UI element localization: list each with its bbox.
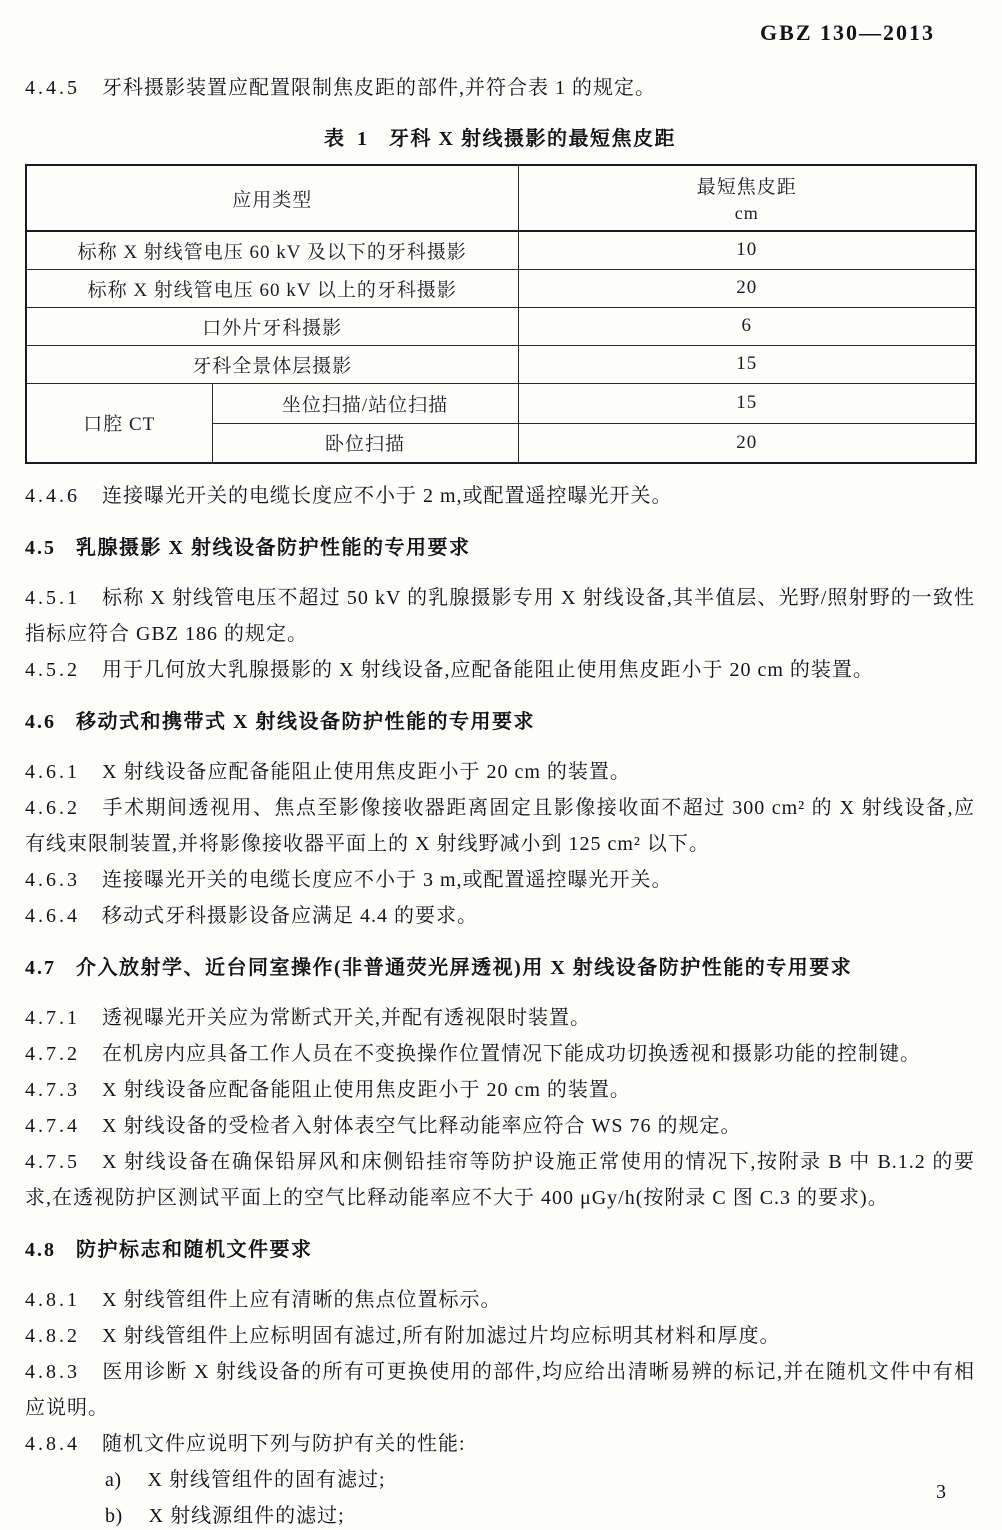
clause-4-8-4: 4.8.4随机文件应说明下列与防护有关的性能: — [25, 1426, 975, 1462]
clause-4-7-3: 4.7.3X 射线设备应配备能阻止使用焦皮距小于 20 cm 的装置。 — [25, 1072, 975, 1108]
clause-4-6-2: 4.6.2手术期间透视用、焦点至影像接收器距离固定且影像接收面不超过 300 c… — [25, 790, 975, 862]
clause-number: 4.7.5 — [25, 1144, 80, 1180]
table-cell-group-label: 口腔 CT — [26, 383, 212, 463]
clause-4-7-5: 4.7.5X 射线设备在确保铅屏风和床侧铅挂帘等防护设施正常使用的情况下,按附录… — [25, 1144, 975, 1216]
table-cell-application: 牙科全景体层摄影 — [26, 345, 518, 383]
clause-4-7-1: 4.7.1透视曝光开关应为常断式开关,并配有透视限时装置。 — [25, 1000, 975, 1036]
clause-4-6-4: 4.6.4移动式牙科摄影设备应满足 4.4 的要求。 — [25, 898, 975, 934]
table-header-min-distance-label: 最短焦皮距 — [523, 172, 972, 199]
clause-number: 4.7.2 — [25, 1036, 80, 1072]
section-heading-4-8: 4.8防护标志和随机文件要求 — [25, 1232, 975, 1268]
table-header-min-distance: 最短焦皮距 cm — [518, 165, 976, 231]
clause-4-5-2: 4.5.2用于几何放大乳腺摄影的 X 射线设备,应配备能阻止使用焦皮距小于 20… — [25, 652, 975, 688]
section-number: 4.8 — [25, 1232, 56, 1268]
clause-text: X 射线设备在确保铅屏风和床侧铅挂帘等防护设施正常使用的情况下,按附录 B 中 … — [25, 1151, 975, 1209]
clause-text: 用于几何放大乳腺摄影的 X 射线设备,应配备能阻止使用焦皮距小于 20 cm 的… — [102, 659, 874, 681]
clause-number: 4.4.6 — [25, 478, 80, 514]
clause-number: 4.7.1 — [25, 1000, 80, 1036]
clause-text: 手术期间透视用、焦点至影像接收器距离固定且影像接收面不超过 300 cm² 的 … — [25, 797, 975, 855]
clause-text: X 射线管组件上应标明固有滤过,所有附加滤过片均应标明其材料和厚度。 — [102, 1325, 780, 1347]
clause-text: 连接曝光开关的电缆长度应不小于 3 m,或配置遥控曝光开关。 — [102, 869, 673, 891]
table-cell-value: 20 — [518, 269, 976, 307]
table-cell-value: 15 — [518, 383, 976, 423]
clause-text: X 射线设备应配备能阻止使用焦皮距小于 20 cm 的装置。 — [102, 761, 631, 783]
table-cell-application: 卧位扫描 — [212, 423, 518, 463]
table-cell-value: 15 — [518, 345, 976, 383]
clause-4-6-1: 4.6.1X 射线设备应配备能阻止使用焦皮距小于 20 cm 的装置。 — [25, 754, 975, 790]
clause-number: 4.7.3 — [25, 1072, 80, 1108]
table-cell-value: 20 — [518, 423, 976, 463]
clause-text: 移动式牙科摄影设备应满足 4.4 的要求。 — [102, 905, 478, 927]
clause-number: 4.7.4 — [25, 1108, 80, 1144]
list-item-a: a)X 射线管组件的固有滤过; — [25, 1462, 975, 1498]
table-header-application-type: 应用类型 — [26, 165, 518, 231]
clause-number: 4.5.1 — [25, 580, 80, 616]
section-heading-4-5: 4.5乳腺摄影 X 射线设备防护性能的专用要求 — [25, 530, 975, 566]
clause-text: X 射线设备应配备能阻止使用焦皮距小于 20 cm 的装置。 — [102, 1079, 631, 1101]
table-caption: 表 1牙科 X 射线摄影的最短焦皮距 — [25, 122, 975, 151]
table-caption-text: 牙科 X 射线摄影的最短焦皮距 — [389, 128, 676, 150]
table-row: 标称 X 射线管电压 60 kV 以上的牙科摄影 20 — [26, 269, 976, 307]
section-title: 乳腺摄影 X 射线设备防护性能的专用要求 — [76, 537, 470, 559]
table-row: 口外片牙科摄影 6 — [26, 307, 976, 345]
clause-text: 医用诊断 X 射线设备的所有可更换使用的部件,均应给出清晰易辨的标记,并在随机文… — [25, 1361, 975, 1419]
document-number: GBZ 130—2013 — [25, 20, 975, 46]
clause-4-8-2: 4.8.2X 射线管组件上应标明固有滤过,所有附加滤过片均应标明其材料和厚度。 — [25, 1318, 975, 1354]
clause-4-6-3: 4.6.3连接曝光开关的电缆长度应不小于 3 m,或配置遥控曝光开关。 — [25, 862, 975, 898]
clause-text: 随机文件应说明下列与防护有关的性能: — [102, 1433, 466, 1455]
clause-text: 牙科摄影装置应配置限制焦皮距的部件,并符合表 1 的规定。 — [102, 77, 656, 99]
clause-4-8-3: 4.8.3医用诊断 X 射线设备的所有可更换使用的部件,均应给出清晰易辨的标记,… — [25, 1354, 975, 1426]
section-number: 4.5 — [25, 530, 56, 566]
table-header-row: 应用类型 最短焦皮距 cm — [26, 165, 976, 231]
table-cell-application: 标称 X 射线管电压 60 kV 以上的牙科摄影 — [26, 269, 518, 307]
clause-number: 4.8.1 — [25, 1282, 80, 1318]
clause-text: 标称 X 射线管电压不超过 50 kV 的乳腺摄影专用 X 射线设备,其半值层、… — [25, 587, 975, 645]
clause-number: 4.8.4 — [25, 1426, 80, 1462]
clause-number: 4.6.4 — [25, 898, 80, 934]
clause-text: 透视曝光开关应为常断式开关,并配有透视限时装置。 — [102, 1007, 591, 1029]
table-caption-label: 表 1 — [324, 128, 371, 150]
table-cell-value: 10 — [518, 231, 976, 269]
section-number: 4.6 — [25, 704, 56, 740]
clause-4-4-5: 4.4.5牙科摄影装置应配置限制焦皮距的部件,并符合表 1 的规定。 — [25, 70, 975, 106]
list-text: X 射线源组件的滤过; — [149, 1505, 345, 1527]
clause-4-8-1: 4.8.1X 射线管组件上应有清晰的焦点位置标示。 — [25, 1282, 975, 1318]
clause-4-4-6: 4.4.6连接曝光开关的电缆长度应不小于 2 m,或配置遥控曝光开关。 — [25, 478, 975, 514]
clause-4-7-2: 4.7.2在机房内应具备工作人员在不变换操作位置情况下能成功切换透视和摄影功能的… — [25, 1036, 975, 1072]
clause-number: 4.6.2 — [25, 790, 80, 826]
section-title: 介入放射学、近台同室操作(非普通荧光屏透视)用 X 射线设备防护性能的专用要求 — [76, 957, 852, 979]
clause-text: X 射线管组件上应有清晰的焦点位置标示。 — [102, 1289, 501, 1311]
list-item-b: b)X 射线源组件的滤过; — [25, 1498, 975, 1530]
clause-number: 4.8.2 — [25, 1318, 80, 1354]
section-title: 防护标志和随机文件要求 — [76, 1239, 313, 1261]
list-text: X 射线管组件的固有滤过; — [148, 1469, 386, 1491]
list-marker: a) — [105, 1462, 122, 1498]
clause-number: 4.4.5 — [25, 70, 80, 106]
page-number: 3 — [936, 1481, 946, 1504]
table-row: 牙科全景体层摄影 15 — [26, 345, 976, 383]
section-heading-4-6: 4.6移动式和携带式 X 射线设备防护性能的专用要求 — [25, 704, 975, 740]
section-number: 4.7 — [25, 950, 56, 986]
clause-number: 4.6.3 — [25, 862, 80, 898]
clause-text: 连接曝光开关的电缆长度应不小于 2 m,或配置遥控曝光开关。 — [102, 485, 673, 507]
table-cell-application: 标称 X 射线管电压 60 kV 及以下的牙科摄影 — [26, 231, 518, 269]
clause-4-7-4: 4.7.4X 射线设备的受检者入射体表空气比释动能率应符合 WS 76 的规定。 — [25, 1108, 975, 1144]
clause-number: 4.8.3 — [25, 1354, 80, 1390]
document-page: GBZ 130—2013 4.4.5牙科摄影装置应配置限制焦皮距的部件,并符合表… — [0, 0, 1002, 1530]
section-title: 移动式和携带式 X 射线设备防护性能的专用要求 — [76, 711, 535, 733]
table-cell-application: 口外片牙科摄影 — [26, 307, 518, 345]
table-cell-value: 6 — [518, 307, 976, 345]
list-marker: b) — [105, 1498, 123, 1530]
clause-text: X 射线设备的受检者入射体表空气比释动能率应符合 WS 76 的规定。 — [102, 1115, 741, 1137]
clause-number: 4.5.2 — [25, 652, 80, 688]
clause-number: 4.6.1 — [25, 754, 80, 790]
table-row: 标称 X 射线管电压 60 kV 及以下的牙科摄影 10 — [26, 231, 976, 269]
table-min-focal-skin-distance: 应用类型 最短焦皮距 cm 标称 X 射线管电压 60 kV 及以下的牙科摄影 … — [25, 164, 977, 464]
section-heading-4-7: 4.7介入放射学、近台同室操作(非普通荧光屏透视)用 X 射线设备防护性能的专用… — [25, 950, 975, 986]
table-cell-application: 坐位扫描/站位扫描 — [212, 383, 518, 423]
clause-4-5-1: 4.5.1标称 X 射线管电压不超过 50 kV 的乳腺摄影专用 X 射线设备,… — [25, 580, 975, 652]
table-row: 口腔 CT 坐位扫描/站位扫描 15 — [26, 383, 976, 423]
table-header-unit: cm — [523, 203, 972, 224]
clause-text: 在机房内应具备工作人员在不变换操作位置情况下能成功切换透视和摄影功能的控制键。 — [102, 1043, 921, 1065]
